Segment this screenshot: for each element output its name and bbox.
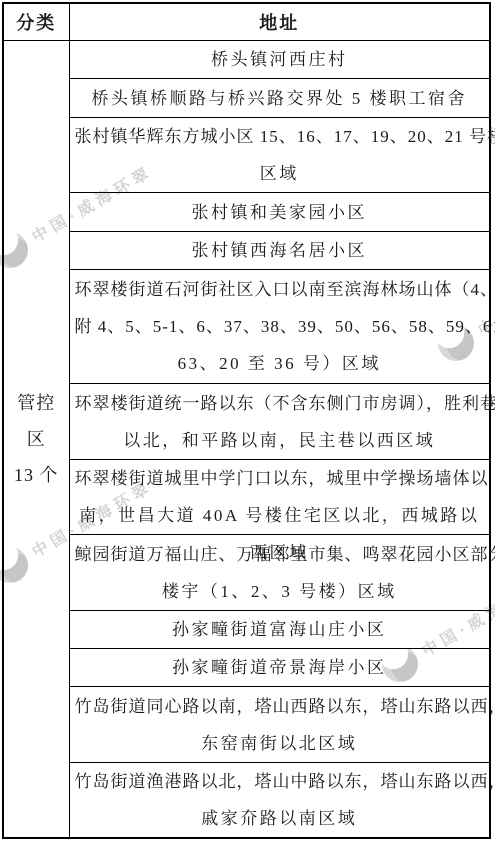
address-line: 环翠楼街道石河街社区入口以南至滨海林场山体（4、 bbox=[75, 271, 485, 308]
address-line: 竹岛街道同心路以南，塔山西路以东，塔山东路以西， bbox=[75, 688, 485, 725]
address-line: 东窑南街以北区域 bbox=[75, 725, 485, 762]
address-cell: 环翠楼街道城里中学门口以东，城里中学操场墙体以 南，世昌大道 40A 号楼住宅区… bbox=[69, 460, 490, 535]
address-cell: 竹岛街道同心路以南，塔山西路以东，塔山东路以西， 东窑南街以北区域 bbox=[69, 687, 490, 763]
col-header-address: 地址 bbox=[69, 3, 490, 41]
table-row: 环翠楼街道城里中学门口以东，城里中学操场墙体以 南，世昌大道 40A 号楼住宅区… bbox=[3, 460, 490, 535]
address-line: 环翠楼街道统一路以东（不含东侧门市房调），胜利巷 bbox=[75, 385, 485, 422]
table-row: 环翠楼街道统一路以东（不含东侧门市房调），胜利巷 以北，和平路以南，民主巷以西区… bbox=[3, 384, 490, 460]
address-line: 桥头镇河西庄村 bbox=[75, 41, 485, 78]
address-line: 张村镇和美家园小区 bbox=[75, 194, 485, 231]
address-line: 桥头镇桥顺路与桥兴路交界处 5 楼职工宿舍 bbox=[75, 80, 485, 117]
category-label: 管控区 bbox=[9, 385, 64, 457]
address-line: 鲸园街道万福山庄、万福邻里市集、鸣翠花园小区部分 bbox=[75, 536, 485, 573]
address-cell: 竹岛街道渔港路以北，塔山中路以东，塔山东路以西， 戚家夼路以南区域 bbox=[69, 763, 490, 839]
header-row: 分类 地址 bbox=[3, 3, 490, 41]
address-line: 63、20 至 36 号）区域 bbox=[75, 345, 485, 382]
address-cell: 孙家疃街道帝景海岸小区 bbox=[69, 649, 490, 687]
address-cell: 张村镇华辉东方城小区 15、16、17、19、20、21 号楼 区域 bbox=[69, 118, 490, 193]
table-row: 鲸园街道万福山庄、万福邻里市集、鸣翠花园小区部分 楼宇（1、2、3 号楼）区域 bbox=[3, 535, 490, 611]
address-line: 楼宇（1、2、3 号楼）区域 bbox=[75, 573, 485, 610]
table-row: 竹岛街道渔港路以北，塔山中路以东，塔山东路以西， 戚家夼路以南区域 bbox=[3, 763, 490, 839]
address-cell: 鲸园街道万福山庄、万福邻里市集、鸣翠花园小区部分 楼宇（1、2、3 号楼）区域 bbox=[69, 535, 490, 611]
category-count: 13 个 bbox=[9, 457, 64, 493]
address-line: 戚家夼路以南区域 bbox=[75, 800, 485, 837]
address-line: 环翠楼街道城里中学门口以东，城里中学操场墙体以 bbox=[75, 460, 485, 497]
category-cell: 管控区 13 个 bbox=[3, 41, 69, 839]
address-line: 区域 bbox=[75, 155, 485, 192]
address-cell: 张村镇和美家园小区 bbox=[69, 193, 490, 232]
address-line: 孙家疃街道富海山庄小区 bbox=[75, 611, 485, 648]
table-row: 孙家疃街道帝景海岸小区 bbox=[3, 649, 490, 687]
table-row: 张村镇西海名居小区 bbox=[3, 232, 490, 270]
address-cell: 张村镇西海名居小区 bbox=[69, 232, 490, 270]
table-row: 竹岛街道同心路以南，塔山西路以东，塔山东路以西， 东窑南街以北区域 bbox=[3, 687, 490, 763]
col-header-category: 分类 bbox=[3, 3, 69, 41]
address-cell: 环翠楼街道统一路以东（不含东侧门市房调），胜利巷 以北，和平路以南，民主巷以西区… bbox=[69, 384, 490, 460]
table-row: 环翠楼街道石河街社区入口以南至滨海林场山体（4、 附 4、5、5-1、6、37、… bbox=[3, 270, 490, 384]
address-line: 竹岛街道渔港路以北，塔山中路以东，塔山东路以西， bbox=[75, 763, 485, 800]
address-line: 孙家疃街道帝景海岸小区 bbox=[75, 649, 485, 686]
table-row: 桥头镇桥顺路与桥兴路交界处 5 楼职工宿舍 bbox=[3, 79, 490, 118]
address-line: 张村镇华辉东方城小区 15、16、17、19、20、21 号楼 bbox=[75, 118, 485, 155]
table-row: 管控区 13 个 桥头镇河西庄村 bbox=[3, 41, 490, 79]
address-line: 附 4、5、5-1、6、37、38、39、50、56、58、59、61、 bbox=[75, 308, 485, 345]
address-cell: 环翠楼街道石河街社区入口以南至滨海林场山体（4、 附 4、5、5-1、6、37、… bbox=[69, 270, 490, 384]
address-cell: 桥头镇桥顺路与桥兴路交界处 5 楼职工宿舍 bbox=[69, 79, 490, 118]
table-row: 孙家疃街道富海山庄小区 bbox=[3, 611, 490, 649]
address-cell: 桥头镇河西庄村 bbox=[69, 41, 490, 79]
table-row: 张村镇华辉东方城小区 15、16、17、19、20、21 号楼 区域 bbox=[3, 118, 490, 193]
table-row: 张村镇和美家园小区 bbox=[3, 193, 490, 232]
address-cell: 孙家疃街道富海山庄小区 bbox=[69, 611, 490, 649]
address-line: 以北，和平路以南，民主巷以西区域 bbox=[75, 422, 485, 459]
address-line: 南，世昌大道 40A 号楼住宅区以北，西城路以西区域 bbox=[75, 497, 485, 534]
document-page: 中国·威海环翠 中国·威海环翠 中国·威海环翠 中国·威海环翠 分类 地址 管控… bbox=[0, 0, 495, 845]
classification-table: 分类 地址 管控区 13 个 桥头镇河西庄村 桥头镇桥顺路与桥兴路交界处 5 楼… bbox=[2, 2, 491, 839]
address-line: 张村镇西海名居小区 bbox=[75, 232, 485, 269]
